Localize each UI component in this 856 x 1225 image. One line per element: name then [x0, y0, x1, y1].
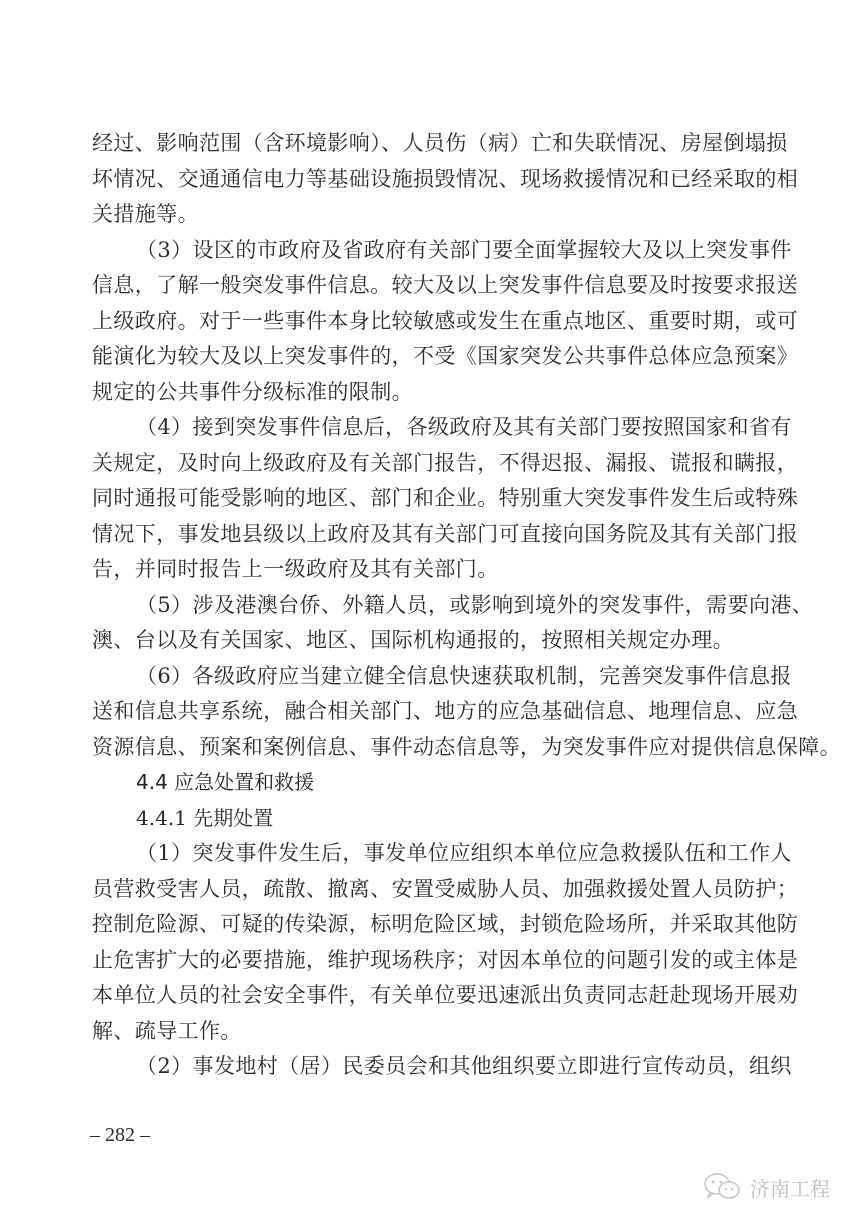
document-page: 经过、影响范围（含环境影响）、人员伤（病）亡和失联情况、房屋倒塌损 坏情况、交通…	[0, 0, 856, 1225]
text-line: （2）事发地村（居）民委员会和其他组织要立即进行宣传动员，组织	[92, 1049, 764, 1085]
paragraph-441-item-2: （2）事发地村（居）民委员会和其他组织要立即进行宣传动员，组织	[92, 1049, 764, 1085]
text-line: 员营救受害人员，疏散、撤离、安置受威胁人员、加强救援处置人员防护；	[92, 872, 764, 908]
text-line: 告，并同时报告上一级政府及其有关部门。	[92, 552, 764, 588]
text-line: 坏情况、交通通信电力等基础设施损毁情况、现场救援情况和已经采取的相	[92, 162, 764, 198]
paragraph-item-3: （3）设区的市政府及省政府有关部门要全面掌握较大及以上突发事件 信息，了解一般突…	[92, 233, 764, 411]
text-line: 本单位人员的社会安全事件，有关单位要迅速派出负责同志赶赴现场开展劝	[92, 978, 764, 1014]
text-line: 送和信息共享系统，融合相关部门、地方的应急基础信息、地理信息、应急	[92, 694, 764, 730]
watermark-text: 济南工程	[750, 1173, 830, 1202]
document-body: 经过、影响范围（含环境影响）、人员伤（病）亡和失联情况、房屋倒塌损 坏情况、交通…	[92, 126, 764, 1085]
section-heading: 4.4 应急处置和救援	[92, 765, 764, 801]
page-number: – 282 –	[90, 1124, 150, 1147]
text-line: 控制危险源、可疑的传染源，标明危险区域，封锁危险场所，并采取其他防	[92, 907, 764, 943]
text-line: 情况下，事发地县级以上政府及其有关部门可直接向国务院及其有关部门报	[92, 517, 764, 553]
text-line: 解、疏导工作。	[92, 1014, 764, 1050]
text-line: 关措施等。	[92, 197, 764, 233]
text-line: （3）设区的市政府及省政府有关部门要全面掌握较大及以上突发事件	[92, 233, 764, 269]
text-line: 经过、影响范围（含环境影响）、人员伤（病）亡和失联情况、房屋倒塌损	[92, 126, 764, 162]
paragraph-item-6: （6）各级政府应当建立健全信息快速获取机制，完善突发事件信息报 送和信息共享系统…	[92, 659, 764, 766]
subsection-heading: 4.4.1 先期处置	[92, 801, 764, 837]
paragraph-441-item-1: （1）突发事件发生后，事发单位应组织本单位应急救援队伍和工作人 员营救受害人员，…	[92, 836, 764, 1049]
text-line: 上级政府。对于一些事件本身比较敏感或发生在重点地区、重要时期，或可	[92, 304, 764, 340]
watermark: 济南工程	[702, 1172, 830, 1202]
text-line: 澳、台以及有关国家、地区、国际机构通报的，按照相关规定办理。	[92, 623, 764, 659]
text-line: 规定的公共事件分级标准的限制。	[92, 375, 764, 411]
text-line: （1）突发事件发生后，事发单位应组织本单位应急救援队伍和工作人	[92, 836, 764, 872]
text-line: 信息，了解一般突发事件信息。较大及以上突发事件信息要及时按要求报送	[92, 268, 764, 304]
text-line: （4）接到突发事件信息后，各级政府及其有关部门要按照国家和省有	[92, 410, 764, 446]
text-line: （5）涉及港澳台侨、外籍人员，或影响到境外的突发事件，需要向港、	[92, 588, 764, 624]
text-line: （6）各级政府应当建立健全信息快速获取机制，完善突发事件信息报	[92, 659, 764, 695]
paragraph-item-5: （5）涉及港澳台侨、外籍人员，或影响到境外的突发事件，需要向港、 澳、台以及有关…	[92, 588, 764, 659]
paragraph-continued: 经过、影响范围（含环境影响）、人员伤（病）亡和失联情况、房屋倒塌损 坏情况、交通…	[92, 126, 764, 233]
text-line: 同时通报可能受影响的地区、部门和企业。特别重大突发事件发生后或特殊	[92, 481, 764, 517]
text-line: 关规定，及时向上级政府及有关部门报告，不得迟报、漏报、谎报和瞒报，	[92, 446, 764, 482]
text-line: 资源信息、预案和案例信息、事件动态信息等，为突发事件应对提供信息保障。	[92, 730, 764, 766]
paragraph-item-4: （4）接到突发事件信息后，各级政府及其有关部门要按照国家和省有 关规定，及时向上…	[92, 410, 764, 588]
text-line: 能演化为较大及以上突发事件的，不受《国家突发公共事件总体应急预案》	[92, 339, 764, 375]
text-line: 止危害扩大的必要措施，维护现场秩序；对因本单位的问题引发的或主体是	[92, 943, 764, 979]
wechat-icon	[702, 1172, 742, 1202]
